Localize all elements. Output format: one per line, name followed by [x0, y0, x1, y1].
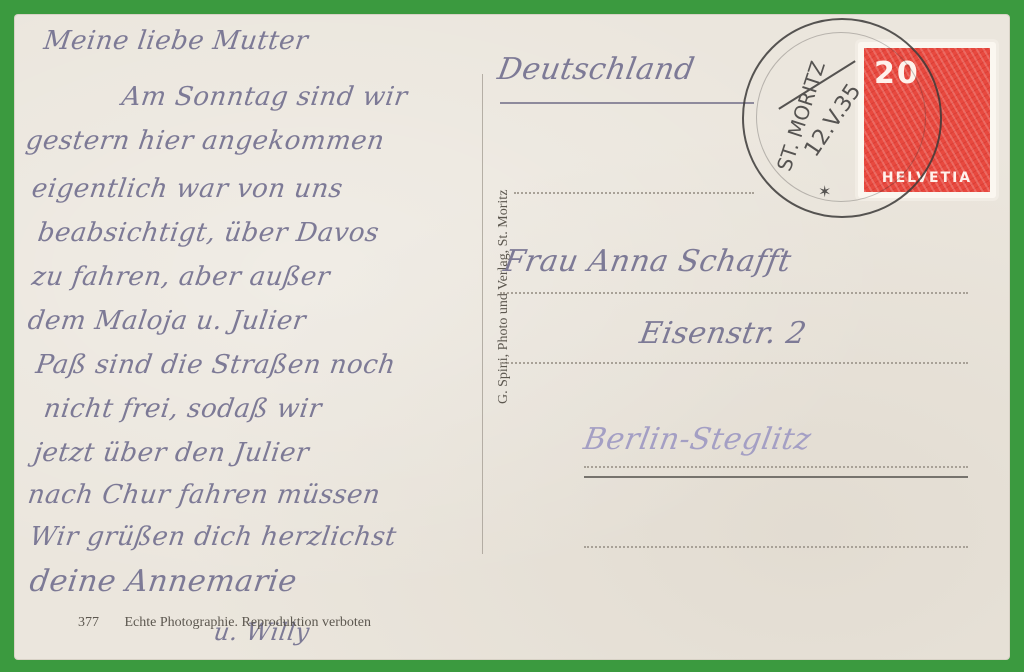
publisher-credit: G. Spini, Photo und Verlag, St. Moritz	[496, 190, 512, 404]
printed-imprint: 377 Echte Photographie. Reproduktion ver…	[78, 615, 371, 631]
address-recipient: Frau Anna Schafft	[501, 244, 794, 279]
address-line-5	[584, 546, 968, 548]
message-line: gestern hier angekommen	[24, 126, 387, 156]
message-line: Wir grüßen dich herzlichst	[28, 522, 399, 552]
address-line-2	[500, 292, 968, 294]
address-country: Deutschland	[495, 52, 697, 87]
country-underline	[500, 102, 754, 104]
message-line: nach Chur fahren müssen	[26, 480, 383, 510]
message-line: zu fahren, aber außer	[30, 262, 332, 292]
message-line: eigentlich war von uns	[30, 174, 345, 204]
address-line-3	[500, 362, 968, 364]
postmark-star-icon: ✶	[818, 182, 831, 201]
message-line: Paß sind die Straßen noch	[34, 350, 398, 380]
address-line-1	[514, 192, 754, 194]
message-line: nicht frei, sodaß wir	[42, 394, 324, 424]
signature: deine Annemarie	[28, 564, 300, 599]
message-line: Am Sonntag sind wir	[120, 82, 410, 112]
message-line: jetzt über den Julier	[32, 438, 311, 468]
center-divider	[482, 74, 483, 554]
postmark: ST. MORITZ 12.V.35 ✶	[742, 18, 942, 218]
address-city: Berlin-Steglitz	[581, 422, 814, 457]
imprint-text: Echte Photographie. Reproduktion verbote…	[125, 615, 372, 630]
card-number: 377	[78, 615, 99, 630]
address-street: Eisenstr. 2	[637, 316, 809, 351]
address-line-4	[584, 466, 968, 468]
city-underline	[584, 476, 968, 478]
message-line: dem Maloja u. Julier	[26, 306, 308, 336]
message-line: beabsichtigt, über Davos	[36, 218, 381, 248]
message-line: Meine liebe Mutter	[42, 26, 310, 56]
